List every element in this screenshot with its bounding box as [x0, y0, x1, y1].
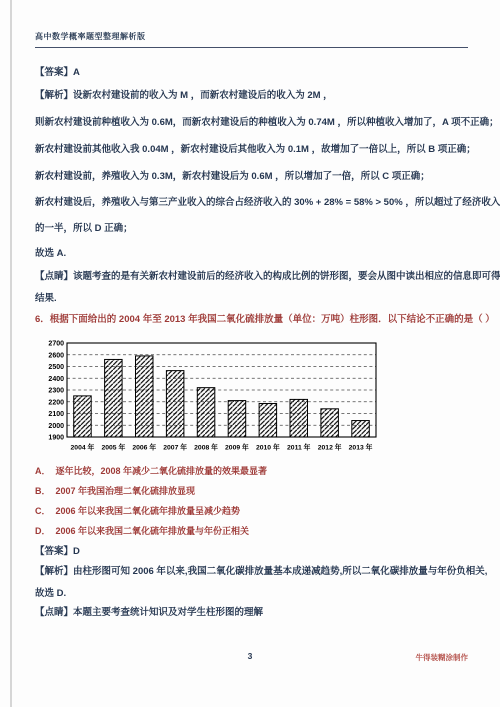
x-tick-label: 2006 年 [132, 443, 156, 452]
x-tick-label: 2013 年 [349, 443, 373, 452]
answer-label: 【答案】 [35, 546, 73, 557]
y-tick-label: 2100 [48, 411, 64, 418]
analysis-label: 【解析】 [35, 90, 73, 101]
y-tick-label: 2500 [48, 364, 64, 371]
q6-option-c: C．2006 年以来我国二氧化硫年排放量呈减少趋势 [35, 504, 240, 517]
answer-value: D [73, 546, 80, 557]
y-tick-label: 2300 [48, 388, 64, 395]
analysis-text: 由柱形图可知 2006 年以来,我国二氧化碳排放量基本成递减趋势,所以二氧化碳排… [73, 566, 487, 577]
x-tick-label: 2011 年 [287, 443, 311, 452]
q6-note-line: 【点睛】本题主要考查统计知识及对学生柱形图的理解 [35, 604, 263, 618]
bar-2005 年 [105, 359, 123, 437]
bar-2010 年 [259, 404, 277, 437]
option-b-text: 2007 年我国治理二氧化硫排放显现 [56, 486, 196, 496]
page-edge-line [10, 0, 12, 707]
q6-option-d: D．2006 年以来我国二氧化硫年排放量与年份正相关 [35, 524, 249, 537]
y-tick-label: 2600 [48, 352, 64, 359]
option-c-text: 2006 年以来我国二氧化硫年排放量呈减少趋势 [56, 506, 241, 516]
q5-para-breeding: 新农村建设前，养殖收入为 0.3M，新农村建设后为 0.6M ，所以增加了一倍，… [35, 168, 430, 182]
q5-para-other: 新农村建设前其他收入我 0.04M ，新农村建设后其他收入为 0.1M ，故增加… [35, 141, 476, 155]
x-tick-label: 2007 年 [163, 443, 187, 452]
q6-option-a: A．逐年比较，2008 年减少二氧化硫排放量的效果最显著 [35, 464, 267, 477]
option-a-text: 逐年比较，2008 年减少二氧化硫排放量的效果最显著 [56, 466, 268, 476]
q6-answer-line: 【答案】D [35, 543, 80, 557]
y-tick-label: 2700 [48, 341, 64, 348]
option-d-text: 2006 年以来我国二氧化硫年排放量与年份正相关 [56, 526, 250, 536]
document-header-title: 高中数学概率题型整理解析版 [35, 31, 146, 42]
q6-analysis-line: 【解析】由柱形图可知 2006 年以来,我国二氧化碳排放量基本成递减趋势,所以二… [35, 563, 487, 577]
bar-2013 年 [352, 421, 370, 437]
answer-label: 【答案】 [35, 67, 73, 78]
bar-2008 年 [197, 388, 215, 437]
q6-stem: 6．根据下面给出的 2004 年至 2013 年我国二氧化硫排放量（单位：万吨）… [35, 311, 495, 325]
credit-watermark: 牛得装糊涂制作 [416, 652, 469, 663]
bar-2012 年 [321, 409, 339, 437]
q5-para-combined: 新农村建设后，养殖收入与第三产业收入的综合占经济收入的 30% + 28% = … [35, 194, 500, 208]
q5-note-line2: 结果. [35, 290, 57, 304]
analysis-label: 【解析】 [35, 566, 73, 577]
x-tick-label: 2010 年 [256, 443, 280, 452]
x-tick-label: 2012 年 [318, 443, 342, 452]
bar-2009 年 [228, 401, 246, 437]
analysis-text: 设新农村建设前的收入为 M ，而新农村建设后的收入为 2M ， [73, 90, 333, 101]
x-tick-label: 2008 年 [194, 443, 218, 452]
option-d-label: D． [35, 526, 51, 536]
bar-chart-svg: 1900200021002200230024002500260027002004… [44, 333, 392, 455]
y-tick-label: 2000 [48, 423, 64, 430]
note-label: 【点睛】 [35, 271, 73, 282]
bar-2006 年 [136, 356, 154, 437]
x-tick-label: 2009 年 [225, 443, 249, 452]
x-tick-label: 2004 年 [71, 443, 95, 452]
q5-para-planting: 则新农村建设前种植收入为 0.6M，而新农村建设后的种植收入为 0.74M ，所… [35, 114, 499, 128]
q5-analysis-line: 【解析】设新农村建设前的收入为 M ，而新农村建设后的收入为 2M ， [35, 87, 333, 101]
note-label: 【点睛】 [35, 607, 73, 618]
header-divider [35, 47, 468, 48]
note-text: 本题主要考查统计知识及对学生柱形图的理解 [73, 607, 263, 618]
answer-value: A [73, 67, 80, 78]
q6-option-b: B．2007 年我国治理二氧化硫排放显现 [35, 484, 195, 497]
note-text: 该题考查的是有关新农村建设前后的经济收入的构成比例的饼形图，要会从图中读出相应的… [73, 271, 500, 282]
option-b-label: B． [35, 486, 51, 496]
option-c-label: C． [35, 506, 51, 516]
y-tick-label: 2200 [48, 399, 64, 406]
y-tick-label: 1900 [48, 435, 64, 442]
bar-2004 年 [74, 396, 92, 437]
bar-2011 年 [290, 399, 308, 437]
q5-answer-line: 【答案】A [35, 64, 80, 78]
q5-note-line: 【点睛】该题考查的是有关新农村建设前后的经济收入的构成比例的饼形图，要会从图中读… [35, 268, 500, 282]
q6-choose-line: 故选 D. [35, 585, 66, 599]
option-a-label: A． [35, 466, 51, 476]
x-tick-label: 2005 年 [101, 443, 125, 452]
bar-2007 年 [166, 371, 184, 437]
q5-para-half: 的一半，所以 D 正确； [35, 220, 133, 234]
so2-emissions-bar-chart: 1900200021002200230024002500260027002004… [44, 333, 392, 455]
y-tick-label: 2400 [48, 376, 64, 383]
q5-para-choose: 故选 A. [35, 245, 66, 259]
